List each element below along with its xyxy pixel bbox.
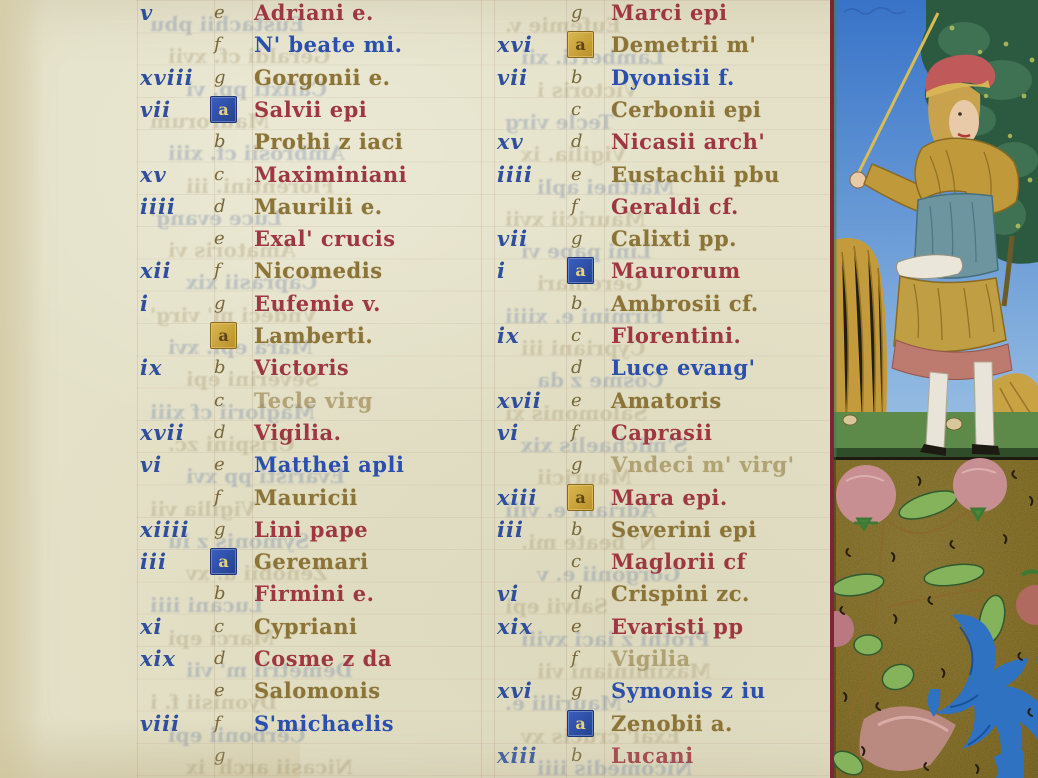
- feast-name: Nicasii arch': [611, 129, 835, 155]
- calendar-row: iiiidMaurilii e.: [140, 194, 485, 226]
- decorated-initial: a: [214, 97, 254, 124]
- feast-name: Matthei apli: [254, 452, 485, 478]
- calendar-row: cMaglorii cf: [497, 549, 835, 581]
- dominical-letter: c: [571, 97, 611, 123]
- golden-number: xi: [140, 614, 214, 640]
- feast-name: Salomonis: [254, 678, 485, 704]
- feast-name: Prothi z iaci: [254, 129, 485, 155]
- feast-name: Cosme z da: [254, 646, 485, 672]
- dominical-letter: g: [571, 452, 611, 478]
- border-top-frame: [834, 457, 1038, 460]
- dominical-letter: f: [214, 258, 254, 284]
- feast-name: Evaristi pp: [611, 614, 835, 640]
- feast-name: N' beate mi.: [254, 32, 485, 58]
- calendar-row: eSalomonis: [140, 678, 485, 710]
- golden-number: vii: [497, 65, 571, 91]
- calendar-row: xviaDemetrii m': [497, 32, 835, 64]
- feast-name: Marci epi: [611, 0, 835, 26]
- calendar-row: viigCalixti pp.: [497, 226, 835, 258]
- calendar-row: dLuce evang': [497, 355, 835, 387]
- calendar-row: xixeEvaristi pp: [497, 614, 835, 646]
- calendar-row: xviiigGorgonii e.: [140, 65, 485, 97]
- feast-name: Severini epi: [611, 517, 835, 543]
- golden-number: xiiii: [140, 517, 214, 543]
- fallen-fruit: [843, 415, 857, 425]
- golden-number: xv: [140, 162, 214, 188]
- decorated-initial: a: [214, 323, 254, 350]
- calendar-row: fMauricii: [140, 485, 485, 517]
- calendar-row: viiifS'michaelis: [140, 711, 485, 743]
- dominical-letter: g: [571, 226, 611, 252]
- feast-name: Mauricii: [254, 485, 485, 511]
- calendar-row: aLamberti.: [140, 323, 485, 355]
- dominical-letter: f: [214, 32, 254, 58]
- calendar-row: eExal' crucis: [140, 226, 485, 258]
- dominical-letter: e: [214, 226, 254, 252]
- dominical-letter: c: [214, 388, 254, 414]
- golden-number: vii: [140, 97, 214, 123]
- feast-name: Adriani e.: [254, 0, 485, 26]
- dominical-letter: d: [214, 194, 254, 220]
- feast-name: Maurorum: [611, 258, 835, 284]
- dominical-letter: f: [571, 194, 611, 220]
- calendar-row: bAmbrosii cf.: [497, 291, 835, 323]
- feast-name: Geremari: [254, 549, 485, 575]
- calendar-row: gMarci epi: [497, 0, 835, 32]
- calendar-column-october: gMarci epixviaDemetrii m'viibDyonisii f.…: [497, 0, 835, 778]
- dominical-letter: b: [571, 291, 611, 317]
- feast-name: Victoris: [254, 355, 485, 381]
- dominical-letter: b: [214, 129, 254, 155]
- golden-number: xix: [497, 614, 571, 640]
- dominical-letter: b: [214, 355, 254, 381]
- dominical-letter: g: [214, 517, 254, 543]
- calendar-row: xvigSymonis z iu: [497, 678, 835, 710]
- calendar-row: iiiieEustachii pbu: [497, 162, 835, 194]
- decorated-initial: a: [571, 485, 611, 512]
- calendar-row: xiiibLucani: [497, 743, 835, 775]
- decorated-initial: a: [571, 32, 611, 59]
- dominical-letter: e: [571, 162, 611, 188]
- illuminated-border-panel: [834, 457, 1038, 778]
- calendar-row: xviieAmatoris: [497, 388, 835, 420]
- golden-number: vi: [497, 420, 571, 446]
- column-rule: [137, 0, 138, 778]
- feast-name: Maximiniani: [254, 162, 485, 188]
- calendar-row: fGeraldi cf.: [497, 194, 835, 226]
- feast-name: Symonis z iu: [611, 678, 835, 704]
- dominical-letter: f: [214, 485, 254, 511]
- dominical-letter: b: [214, 581, 254, 607]
- dominical-letter: b: [571, 743, 611, 769]
- calendar-row: vidCrispini zc.: [497, 581, 835, 613]
- feast-name: Vndeci m' virg': [611, 452, 835, 478]
- feast-name: Lamberti.: [254, 323, 485, 349]
- dominical-letter: b: [571, 65, 611, 91]
- calendar-column-september: veAdriani e.fN' beate mi.xviiigGorgonii …: [140, 0, 485, 778]
- fallen-fruit: [946, 418, 962, 430]
- dominical-letter: g: [214, 291, 254, 317]
- calendar-row: ixbVictoris: [140, 355, 485, 387]
- calendar-row: g: [140, 743, 485, 775]
- dominical-letter: d: [571, 581, 611, 607]
- manuscript-page: Eustachii pbu Eufemie v. Geraldi cf. xvi…: [0, 0, 1038, 778]
- dominical-letter: g: [214, 743, 254, 769]
- feast-name: Vigilia: [611, 646, 835, 672]
- feast-name: Vigilia.: [254, 420, 485, 446]
- grain-sheaf-left: [834, 238, 887, 438]
- calendar-row: veAdriani e.: [140, 0, 485, 32]
- feast-name: Calixti pp.: [611, 226, 835, 252]
- calendar-row: viibDyonisii f.: [497, 65, 835, 97]
- dominical-letter: e: [571, 614, 611, 640]
- calendar-row: ixcFlorentini.: [497, 323, 835, 355]
- feast-name: Maglorii cf: [611, 549, 835, 575]
- calendar-row: cCerbonii epi: [497, 97, 835, 129]
- dominical-letter: g: [214, 65, 254, 91]
- decorated-initial: a: [571, 711, 611, 738]
- golden-number: iii: [140, 549, 214, 575]
- feast-name: Gorgonii e.: [254, 65, 485, 91]
- feast-name: Lucani: [611, 743, 835, 769]
- feast-name: Maurilii e.: [254, 194, 485, 220]
- golden-number: v: [140, 0, 214, 26]
- calendar-row: igEufemie v.: [140, 291, 485, 323]
- golden-number: xvi: [497, 32, 571, 58]
- golden-number: i: [497, 258, 571, 284]
- golden-number: xiii: [497, 485, 571, 511]
- feast-name: Dyonisii f.: [611, 65, 835, 91]
- golden-number: vi: [140, 452, 214, 478]
- dominical-letter: c: [571, 323, 611, 349]
- feast-name: Geraldi cf.: [611, 194, 835, 220]
- golden-number: iiii: [140, 194, 214, 220]
- calendar-row: bProthi z iaci: [140, 129, 485, 161]
- feast-name: Tecle virg: [254, 388, 485, 414]
- calendar-row: vieMatthei apli: [140, 452, 485, 484]
- hand: [850, 172, 866, 188]
- dominical-letter: c: [571, 549, 611, 575]
- feast-name: Eufemie v.: [254, 291, 485, 317]
- golden-number: xix: [140, 646, 214, 672]
- calendar-row: xiiiigLini pape: [140, 517, 485, 549]
- feast-name: Nicomedis: [254, 258, 485, 284]
- feast-name: S'michaelis: [254, 711, 485, 737]
- dominical-letter: d: [571, 129, 611, 155]
- dominical-letter: f: [571, 646, 611, 672]
- golden-number: xv: [497, 129, 571, 155]
- feast-name: Salvii epi: [254, 97, 485, 123]
- dominical-letter: f: [571, 420, 611, 446]
- golden-number: ix: [140, 355, 214, 381]
- golden-number: xvii: [140, 420, 214, 446]
- calendar-row: iiibSeverini epi: [497, 517, 835, 549]
- dominical-letter: e: [214, 0, 254, 26]
- calendar-row: fN' beate mi.: [140, 32, 485, 64]
- golden-number: vii: [497, 226, 571, 252]
- feast-name: Florentini.: [611, 323, 835, 349]
- dominical-letter: d: [214, 646, 254, 672]
- dominical-letter: e: [214, 678, 254, 704]
- feast-name: Cypriani: [254, 614, 485, 640]
- feast-name: Caprasii: [611, 420, 835, 446]
- parchment-left-edge: [0, 0, 48, 778]
- dominical-letter: e: [214, 452, 254, 478]
- golden-number: vi: [497, 581, 571, 607]
- column-rule: [494, 0, 495, 778]
- dominical-letter: c: [214, 614, 254, 640]
- calendar-row: xicCypriani: [140, 614, 485, 646]
- golden-number: iiii: [497, 162, 571, 188]
- feast-name: Exal' crucis: [254, 226, 485, 252]
- dominical-letter: g: [571, 678, 611, 704]
- calendar-row: xvcMaximiniani: [140, 162, 485, 194]
- calendar-row: bFirmini e.: [140, 581, 485, 613]
- golden-number: iii: [497, 517, 571, 543]
- dominical-letter: e: [571, 388, 611, 414]
- golden-number: xvii: [497, 388, 571, 414]
- calendar-row: cTecle virg: [140, 388, 485, 420]
- dominical-letter: d: [571, 355, 611, 381]
- feast-name: Eustachii pbu: [611, 162, 835, 188]
- calendar-row: gVndeci m' virg': [497, 452, 835, 484]
- feast-name: Demetrii m': [611, 32, 835, 58]
- eye: [958, 112, 962, 116]
- feast-name: Amatoris: [611, 388, 835, 414]
- feast-name: Crispini zc.: [611, 581, 835, 607]
- dominical-letter: d: [214, 420, 254, 446]
- dominical-letter: b: [571, 517, 611, 543]
- calendar-row: xiiiaMara epi.: [497, 485, 835, 517]
- calendar-row: viiaSalvii epi: [140, 97, 485, 129]
- feast-name: Luce evang': [611, 355, 835, 381]
- golden-number: xii: [140, 258, 214, 284]
- calendar-row: iaMaurorum: [497, 258, 835, 290]
- golden-number: i: [140, 291, 214, 317]
- golden-number: xiii: [497, 743, 571, 769]
- golden-number: xviii: [140, 65, 214, 91]
- calendar-row: aZenobii a.: [497, 711, 835, 743]
- calendar-row: xiifNicomedis: [140, 258, 485, 290]
- golden-number: xvi: [497, 678, 571, 704]
- decorated-initial: a: [214, 549, 254, 576]
- gold-skirt: [894, 276, 1006, 352]
- decorated-initial: a: [571, 258, 611, 285]
- miniature-man-threshing: [834, 0, 1038, 457]
- dominical-letter: c: [214, 162, 254, 188]
- calendar-row: fVigilia: [497, 646, 835, 678]
- calendar-row: vifCaprasii: [497, 420, 835, 452]
- calendar-row: iiiaGeremari: [140, 549, 485, 581]
- dominical-letter: f: [214, 711, 254, 737]
- feast-name: Firmini e.: [254, 581, 485, 607]
- right-leg: [974, 362, 994, 446]
- golden-number: ix: [497, 323, 571, 349]
- feast-name: Mara epi.: [611, 485, 835, 511]
- feast-name: Zenobii a.: [611, 711, 835, 737]
- feast-name: Lini pape: [254, 517, 485, 543]
- calendar-row: xvdNicasii arch': [497, 129, 835, 161]
- dominical-letter: g: [571, 0, 611, 26]
- left-leg: [926, 372, 948, 448]
- calendar-row: xixdCosme z da: [140, 646, 485, 678]
- golden-number: viii: [140, 711, 214, 737]
- calendar-row: xviidVigilia.: [140, 420, 485, 452]
- feast-name: Ambrosii cf.: [611, 291, 835, 317]
- feast-name: Cerbonii epi: [611, 97, 835, 123]
